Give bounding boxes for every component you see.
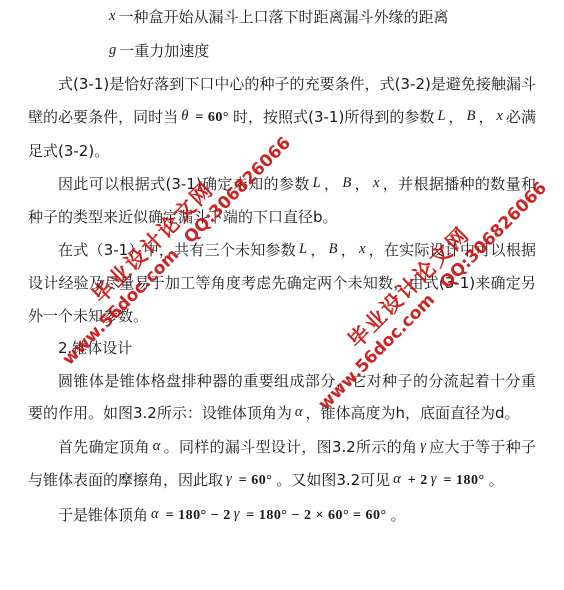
- text-run: 在式（3-1）中，共有三个未知参数: [58, 241, 296, 259]
- definition-g: g一重力加速度: [28, 35, 536, 69]
- math-variable: x: [359, 241, 365, 257]
- math-variable: L: [313, 175, 321, 191]
- text-run: 因此可以根据式(3-1)确定未知的参数: [58, 175, 310, 193]
- math-expression: = 60°: [191, 110, 233, 125]
- math-variable: B: [342, 175, 351, 191]
- heading-cone-design: 2.锥体设计: [28, 332, 536, 365]
- text-run: 。同样的漏斗型设计，图3.2所示的角: [163, 438, 417, 456]
- math-variable: x: [496, 108, 502, 124]
- text-run: ，: [310, 241, 325, 259]
- text-run: ，: [449, 108, 464, 126]
- text-run: 于是锥体顶角: [58, 506, 148, 524]
- math-variable: γ: [420, 438, 426, 454]
- text-run: ，: [354, 175, 370, 193]
- paragraph-apex-angle: 首先确定顶角α。同样的漏斗型设计，图3.2所示的角γ应大于等于种子与锥体表面的摩…: [28, 431, 536, 499]
- text-run: 2.锥体设计: [58, 339, 132, 357]
- math-variable: L: [437, 108, 445, 124]
- text-run: ，: [324, 175, 340, 193]
- math-variable: α: [393, 471, 401, 487]
- math-variable: θ: [181, 108, 188, 124]
- document-page: x一种盒开始从漏斗上口落下时距离漏斗外缘的距离g一重力加速度式(3-1)是恰好落…: [0, 0, 564, 590]
- paragraph-apex-result: 于是锥体顶角α = 180° − 2γ = 180° − 2 × 60° = 6…: [28, 499, 536, 534]
- text-run: 。: [489, 471, 504, 489]
- text-run: 时，按照式(3-1)所得到的参数: [233, 108, 434, 126]
- math-expression: = 180°: [440, 473, 489, 488]
- math-variable: γ: [226, 471, 232, 487]
- math-variable: L: [299, 241, 307, 257]
- math-variable: B: [467, 108, 476, 124]
- math-expression: = 180° − 2: [162, 508, 231, 523]
- text-run: 一种盒开始从漏斗上口落下时距离漏斗外缘的距离: [118, 8, 448, 26]
- math-expression: + 2: [404, 473, 428, 488]
- math-variable: α: [151, 506, 159, 522]
- text-run: ，: [340, 241, 355, 259]
- text-run: 首先确定顶角: [58, 438, 150, 456]
- math-variable: γ: [234, 506, 240, 522]
- document-body: x一种盒开始从漏斗上口落下时距离漏斗外缘的距离g一重力加速度式(3-1)是恰好落…: [0, 0, 564, 533]
- paragraph-conditions: 式(3-1)是恰好落到下口中心的种子的充要条件，式(3-2)是避免接触漏斗壁的必…: [28, 68, 536, 168]
- definition-x: x一种盒开始从漏斗上口落下时距离漏斗外缘的距离: [28, 1, 536, 35]
- math-variable: α: [153, 438, 161, 454]
- paragraph-determine-params: 因此可以根据式(3-1)确定未知的参数L，B，x，并根据播种的数量和种子的类型来…: [28, 168, 536, 234]
- text-run: 。: [391, 506, 406, 524]
- math-expression: = 180° − 2 × 60° = 60°: [242, 508, 390, 523]
- math-variable: g: [109, 42, 116, 58]
- text-run: 。又如图3.2可见: [276, 471, 390, 489]
- paragraph-cone-intro: 圆锥体是锥体格盘排种器的重要组成部分，它对种子的分流起着十分重要的作用。如图3.…: [28, 365, 536, 431]
- math-variable: γ: [431, 471, 437, 487]
- math-variable: x: [373, 175, 379, 191]
- math-expression: = 60°: [235, 473, 277, 488]
- math-variable: B: [329, 241, 338, 257]
- text-run: ，锥体高度为h，底面直径为d。: [305, 404, 519, 422]
- text-run: ，: [478, 108, 493, 126]
- math-variable: x: [109, 8, 115, 24]
- paragraph-three-unknowns: 在式（3-1）中，共有三个未知参数L，B，x，在实际设计中可以根据设计经验及尽量…: [28, 234, 536, 333]
- math-variable: α: [295, 404, 303, 420]
- text-run: 一重力加速度: [119, 42, 209, 60]
